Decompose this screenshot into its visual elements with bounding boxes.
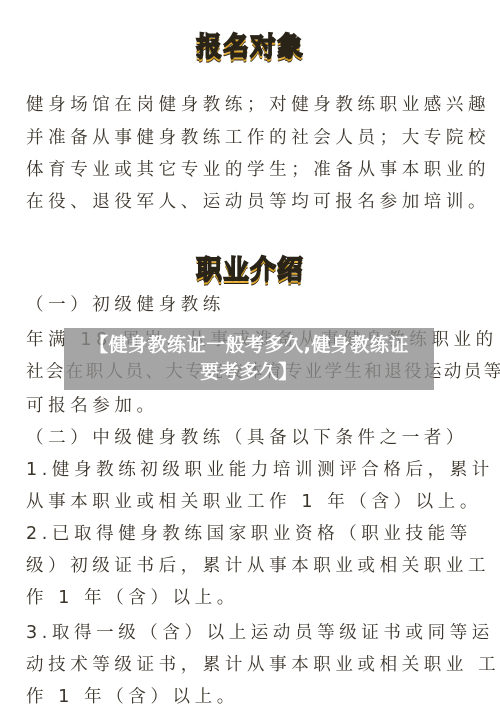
text-line: 作 1 年（含）以上。 bbox=[26, 685, 476, 709]
text-line: 在役、退役军人、运动员等均可报名参加培训。 bbox=[26, 190, 476, 214]
text-line: 从事本职业或相关职业工作 1 年（含）以上。 bbox=[26, 490, 476, 514]
section-title-career: 职业介绍 bbox=[0, 249, 500, 286]
overlay-title-line-2: 要考多久】 bbox=[64, 359, 434, 386]
overlay-title-line-1: 【健身教练证一般考多久,健身教练证 bbox=[64, 332, 434, 359]
list-item: 1.健身教练初级职业能力培训测评合格后，累计 bbox=[26, 458, 476, 482]
section-title-registration: 报名对象 bbox=[0, 26, 500, 63]
text-line: 健身场馆在岗健身教练；对健身教练职业感兴趣 bbox=[26, 93, 476, 117]
text-line: 可报名参加。 bbox=[26, 394, 476, 418]
overlay-title: 【健身教练证一般考多久,健身教练证 要考多久】 bbox=[64, 332, 434, 386]
text-line: 级）初级证书后，累计从事本职业或相关职业工 bbox=[26, 554, 476, 578]
text-line: 动技术等级证书，累计从事本职业或相关职业 工 bbox=[26, 653, 476, 677]
text-line: 作 1 年（含）以上。 bbox=[26, 586, 476, 610]
text-line: 并准备从事健身教练工作的社会人员；大专院校 bbox=[26, 126, 476, 150]
list-item: 2.已取得健身教练国家职业资格（职业技能等 bbox=[26, 522, 476, 546]
subheading-junior: （一）初级健身教练 bbox=[26, 293, 476, 317]
text-line: 体育专业或其它专业的学生；准备从事本职业的 bbox=[26, 158, 476, 182]
title-overlay-banner: 【健身教练证一般考多久,健身教练证 要考多久】 bbox=[64, 328, 434, 390]
list-item: 3.取得一级（含）以上运动员等级证书或同等运 bbox=[26, 621, 476, 645]
subheading-intermediate: （二）中级健身教练（具备以下条件之一者） bbox=[26, 426, 476, 450]
